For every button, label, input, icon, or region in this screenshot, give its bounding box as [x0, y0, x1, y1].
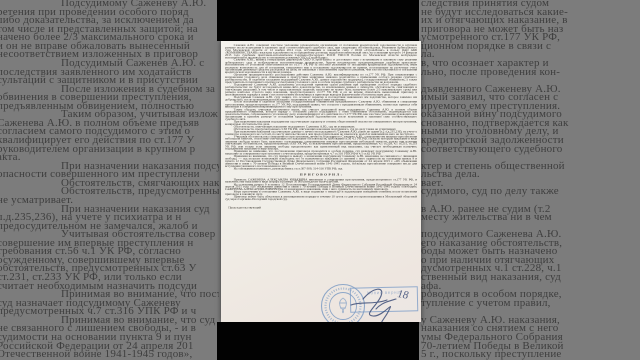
background-text-line: судимого, суд по делу также [421, 187, 640, 196]
presiding-judge-label: Председательствующий [228, 206, 261, 210]
document-body-text: Саженев А.Ю. совершил злостное уклонение… [225, 44, 417, 170]
document-paragraph: Приговор может быть обжалован в апелляци… [225, 196, 417, 201]
handwritten-signature: 18 [329, 279, 421, 322]
document-paragraph: Принимая во внимание, что суд пришел к в… [225, 155, 417, 167]
background-text-line: ственный вид наказания, суд [421, 273, 640, 282]
document-paragraph: Таким образом, учитывая изложенное выше,… [225, 108, 417, 120]
letterbox-bottom [217, 322, 419, 360]
document-paragraph: Учитывая обстоятельства совершенного пре… [225, 135, 417, 150]
handwritten-date: 18 [397, 288, 410, 302]
verdict-paragraphs: Признать САЖЕНЕВА АЛЕКСАНДРА ЮРЬЕВИЧА ви… [225, 178, 417, 200]
document-page: Саженев А.Ю. совершил злостное уклонение… [221, 41, 421, 322]
background-text-line: Отечественной войне 1941-1945 годов», [0, 350, 219, 359]
background-left-column: Подсудимому Саженеву А.Ю.ретения при про… [0, 0, 219, 360]
video-frame[interactable]: Подсудимому Саженеву А.Ю.ретения при про… [0, 0, 640, 360]
document-paragraph: Подсудимому Саженеву А.Ю. разъяснены пос… [225, 83, 417, 95]
background-text-line: льно, после проведения кон- [421, 68, 640, 77]
background-text-line: ционном порядке в связи с [421, 42, 640, 51]
background-text-line: соответствующего судебного [421, 145, 640, 154]
signature-row: Председательствующий [225, 206, 417, 210]
document-paragraph: Саженев А.Ю. совершил злостное уклонение… [225, 44, 417, 59]
document-paragraph: На основании изложенного, руководствуясь… [225, 167, 417, 169]
background-text-line: 5 г., поскольку преступление [421, 350, 640, 359]
video-column: Саженев А.Ю. совершил злостное уклонение… [218, 0, 421, 360]
background-text-line: руководителем организации в крупном р [0, 145, 219, 154]
document-paragraph: Саженев А.Ю., являясь генеральным директ… [225, 59, 417, 74]
background-text-line: месту жительства ни в чем [421, 213, 640, 222]
background-text-line: тупление с учетом правил, [421, 299, 640, 308]
letterbox-top [217, 0, 419, 41]
verdict-heading: П Р И Г О В О Р И Л : [225, 173, 417, 177]
document-page-text: Саженев А.Ю. совершил злостное уклонение… [225, 44, 417, 209]
background-right-column: следствия принятия судомне будут исследо… [421, 0, 640, 360]
